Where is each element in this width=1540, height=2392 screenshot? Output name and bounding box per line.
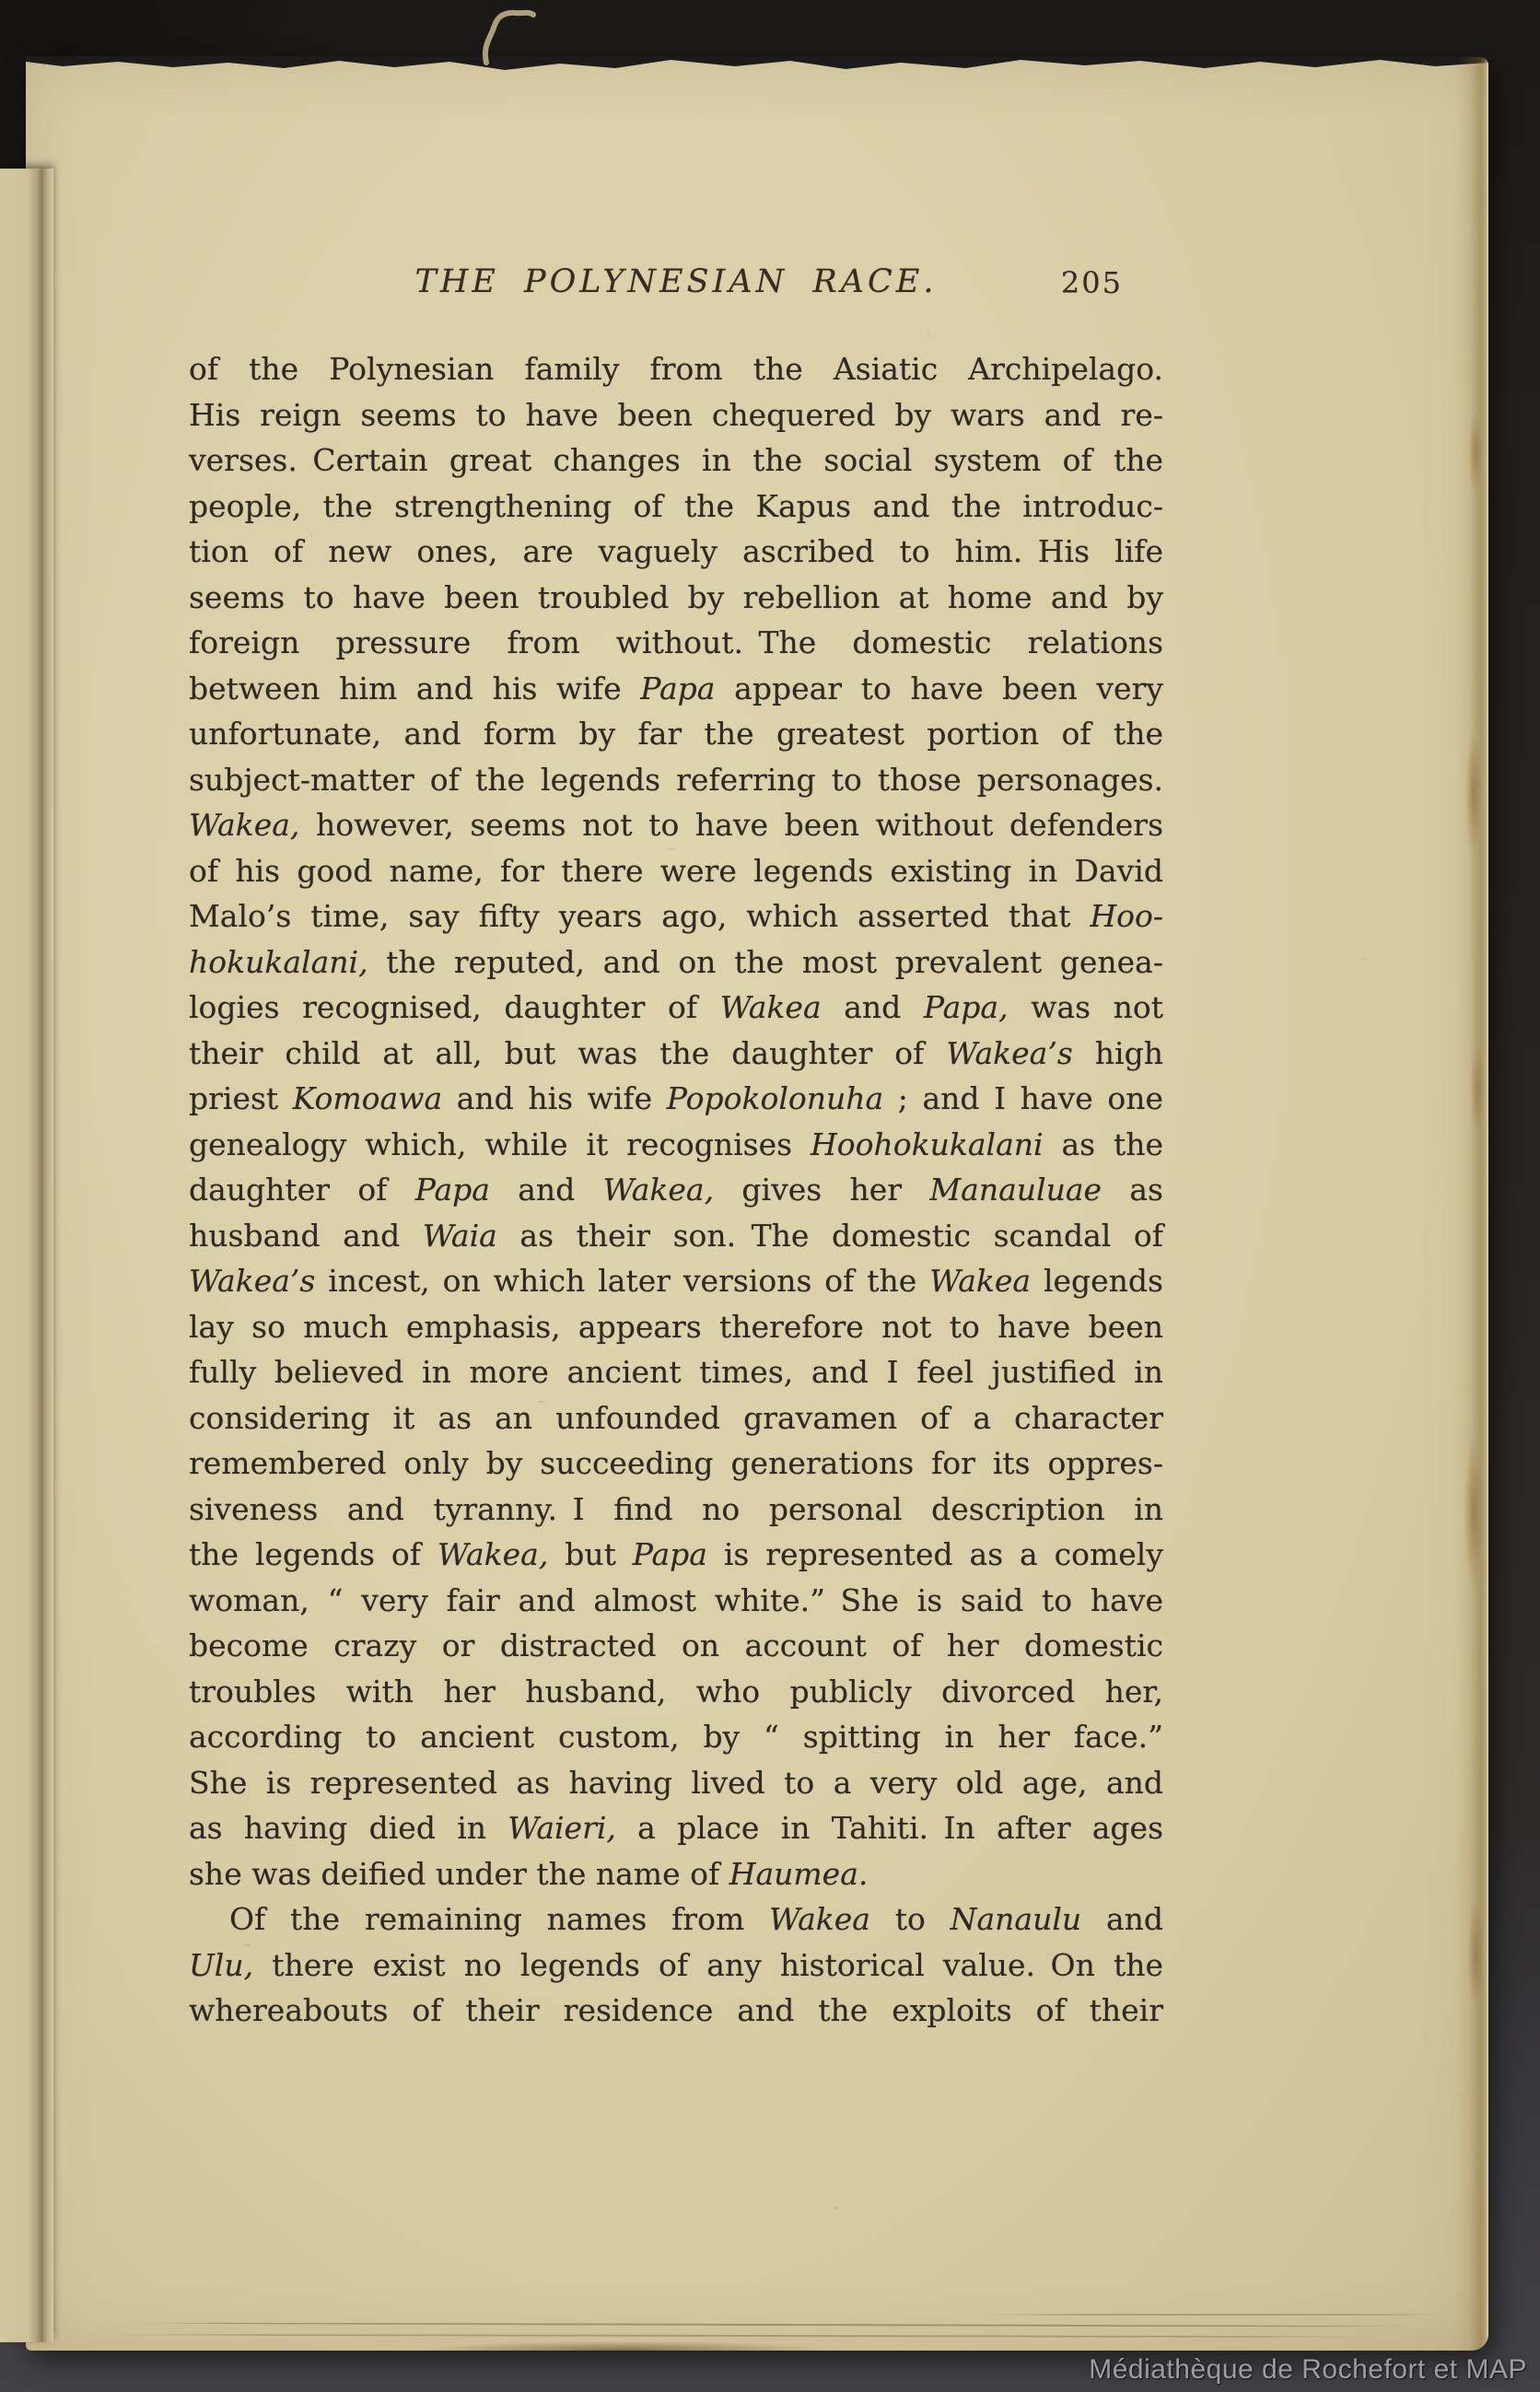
text-line: woman, “ very fair and almost white.” Sh… bbox=[189, 1578, 1163, 1624]
text-line: remembered only by succeeding generation… bbox=[189, 1441, 1163, 1487]
text-line: their child at all, but was the daughter… bbox=[189, 1031, 1163, 1077]
page-stack-edge bbox=[127, 2322, 1424, 2328]
text-line: priest Komoawa and his wife Popokolonuha… bbox=[189, 1076, 1163, 1122]
page-number: 205 bbox=[1061, 265, 1123, 300]
text-line: His reign seems to have been chequered b… bbox=[189, 392, 1163, 438]
text-line: according to ancient custom, by “ spitti… bbox=[189, 1714, 1163, 1760]
binding-thread-icon bbox=[472, 4, 554, 66]
book-page: THE POLYNESIAN RACE. 205 of the Polynesi… bbox=[26, 57, 1488, 2351]
text-line: genealogy which, while it recognises Hoo… bbox=[189, 1122, 1163, 1168]
page-stack-edge bbox=[109, 2334, 1387, 2338]
text-line: people, the strengthening of the Kapus a… bbox=[189, 484, 1163, 530]
text-line: whereabouts of their residence and the e… bbox=[189, 1988, 1163, 2034]
running-head: THE POLYNESIAN RACE. 205 bbox=[189, 263, 1163, 311]
text-line: siveness and tyranny. I find no personal… bbox=[189, 1487, 1163, 1533]
scanned-book-photo: THE POLYNESIAN RACE. 205 of the Polynesi… bbox=[0, 0, 1540, 2392]
text-line: subject-matter of the legends referring … bbox=[189, 757, 1163, 803]
book-gutter bbox=[0, 169, 53, 2342]
text-line: She is represented as having lived to a … bbox=[189, 1760, 1163, 1806]
page-stack-edge bbox=[973, 2314, 1452, 2316]
text-line: Of the remaining names from Wakea to Nan… bbox=[189, 1896, 1163, 1943]
text-line: she was deified under the name of Haumea… bbox=[189, 1851, 1163, 1897]
running-header-title: THE POLYNESIAN RACE. bbox=[189, 263, 1163, 300]
text-line: Ulu, there exist no legends of any histo… bbox=[189, 1943, 1163, 1989]
text-line: verses. Certain great changes in the soc… bbox=[189, 438, 1163, 484]
text-line: logies recognised, daughter of Wakea and… bbox=[189, 985, 1163, 1031]
text-line: tion of new ones, are vaguely ascribed t… bbox=[189, 529, 1163, 575]
text-line: Wakea’s incest, on which later versions … bbox=[189, 1258, 1163, 1304]
text-line: troubles with her husband, who publicly … bbox=[189, 1669, 1163, 1715]
watermark: Médiathèque de Rochefort et MAP bbox=[1089, 2354, 1527, 2386]
text-line: fully believed in more ancient times, an… bbox=[189, 1349, 1163, 1395]
text-line: lay so much emphasis, appears therefore … bbox=[189, 1304, 1163, 1350]
text-line: daughter of Papa and Wakea, gives her Ma… bbox=[189, 1167, 1163, 1213]
text-line: considering it as an unfounded gravamen … bbox=[189, 1395, 1163, 1441]
text-line: of his good name, for there were legends… bbox=[189, 848, 1163, 894]
text-line: hokukalani, the reputed, and on the most… bbox=[189, 939, 1163, 986]
text-line: Malo’s time, say fifty years ago, which … bbox=[189, 893, 1163, 939]
text-line: become crazy or distracted on account of… bbox=[189, 1623, 1163, 1669]
text-line: as having died in Waieri, a place in Tah… bbox=[189, 1805, 1163, 1851]
bottom-edge-stain bbox=[357, 2338, 892, 2351]
page-fore-edge-stains bbox=[1457, 57, 1488, 2351]
text-line: Wakea, however, seems not to have been w… bbox=[189, 802, 1163, 848]
body-text: of the Polynesian family from the Asiati… bbox=[189, 346, 1163, 2034]
torn-page-top-edge bbox=[26, 56, 1488, 75]
text-line: foreign pressure from without. The domes… bbox=[189, 620, 1163, 666]
text-line: between him and his wife Papa appear to … bbox=[189, 666, 1163, 712]
text-line: the legends of Wakea, but Papa is repres… bbox=[189, 1532, 1163, 1578]
text-line: seems to have been troubled by rebellion… bbox=[189, 575, 1163, 621]
text-line: husband and Waia as their son. The domes… bbox=[189, 1213, 1163, 1259]
text-line: of the Polynesian family from the Asiati… bbox=[189, 346, 1163, 392]
text-line: unfortunate, and form by far the greates… bbox=[189, 711, 1163, 757]
